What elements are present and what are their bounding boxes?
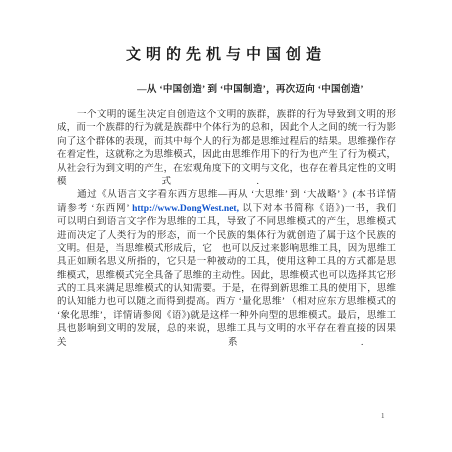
- text-line: ‘象化思维’，详情请参阅《语》)就是这样一种外向型的思维模式。最后，思维工: [57, 310, 396, 323]
- text-line: 维模式，思维模式完全具备了思维的主动性。因此，思维模式也可以选择其它形: [57, 270, 396, 283]
- document-page: 文明的先机与中国创造 —从 ‘中国创造’ 到 ‘中国制造’，再次迈向 ‘中国创造…: [0, 0, 452, 452]
- page-title: 文明的先机与中国创造: [0, 43, 452, 64]
- text-line: 具正如顾名思义所指的，它只是一种被动的工具，使用这种工具的方式都是思: [57, 256, 396, 269]
- url-line-prefix: 请参考 ‘东西网’: [57, 204, 132, 214]
- text-line: 关 系 .: [57, 337, 396, 350]
- page-number: 1: [381, 412, 385, 420]
- text-line: 文明。但是，当思维模式形成后，它 也可以反过来影响思维工具，因为思维工: [57, 243, 396, 256]
- text-line: 在着定性，这就称之为思维模式，因此由思维作用下的行为也产生了行为模式，: [57, 149, 396, 162]
- dongwest-link[interactable]: http://www.DongWest.net,: [132, 204, 239, 214]
- page-subtitle: —从 ‘中国创造’ 到 ‘中国制造’，再次迈向 ‘中国创造’: [57, 81, 396, 95]
- paragraph-1: 一个文明的诞生决定自创造这个文明的族群，族群的行为导致到文明的形 成，而一个族群…: [57, 109, 396, 189]
- text-line: 从社会行为到文明的产生，在宏观角度下的文明与文化，也存在着具定性的文明: [57, 163, 396, 176]
- text-line: 向了这个群体的表现，而其中每个人的行为都是思维过程后的结果。思维操作存: [57, 136, 396, 149]
- text-line: 的认知能力也可以随之而得到提高。西方 ‘量化思维’ （相对应东方思维模式的: [57, 296, 396, 309]
- text-line: 通过《从语言文字看东西方思维—再从 ‘大思维’ 到 ‘大战略’ 》(本书详情: [57, 189, 396, 202]
- text-line: 成，而一个族群的行为就是族群中个体行为的总和，因此个人之间的统一行为影: [57, 122, 396, 135]
- text-line: 模 式 .: [57, 176, 396, 189]
- url-line: 请参考 ‘东西网’ http://www.DongWest.net, 以下对本书…: [57, 203, 396, 216]
- text-line: 一个文明的诞生决定自创造这个文明的族群，族群的行为导致到文明的形: [57, 109, 396, 122]
- text-line: 具也影响到文明的发展，总的来说，思维工具与文明的水平存在着直接的因果: [57, 323, 396, 336]
- text-line: 式的工具来满足思维模式的认知需要。于是，在得到新思维工具的使用下，思维: [57, 283, 396, 296]
- text-line: 进而决定了人类行为的形态，而一个民族的集体行为就创造了属于这个民族的: [57, 230, 396, 243]
- url-line-suffix: 以下对本书简称《语》)一书，我们: [239, 204, 396, 214]
- paragraph-2: 通过《从语言文字看东西方思维—再从 ‘大思维’ 到 ‘大战略’ 》(本书详情 请…: [57, 189, 396, 350]
- document-body: 一个文明的诞生决定自创造这个文明的族群，族群的行为导致到文明的形 成，而一个族群…: [57, 109, 396, 350]
- text-line: 可以明白到语言文字作为思维的工具，导致了不同思维模式的产生，思维模式: [57, 216, 396, 229]
